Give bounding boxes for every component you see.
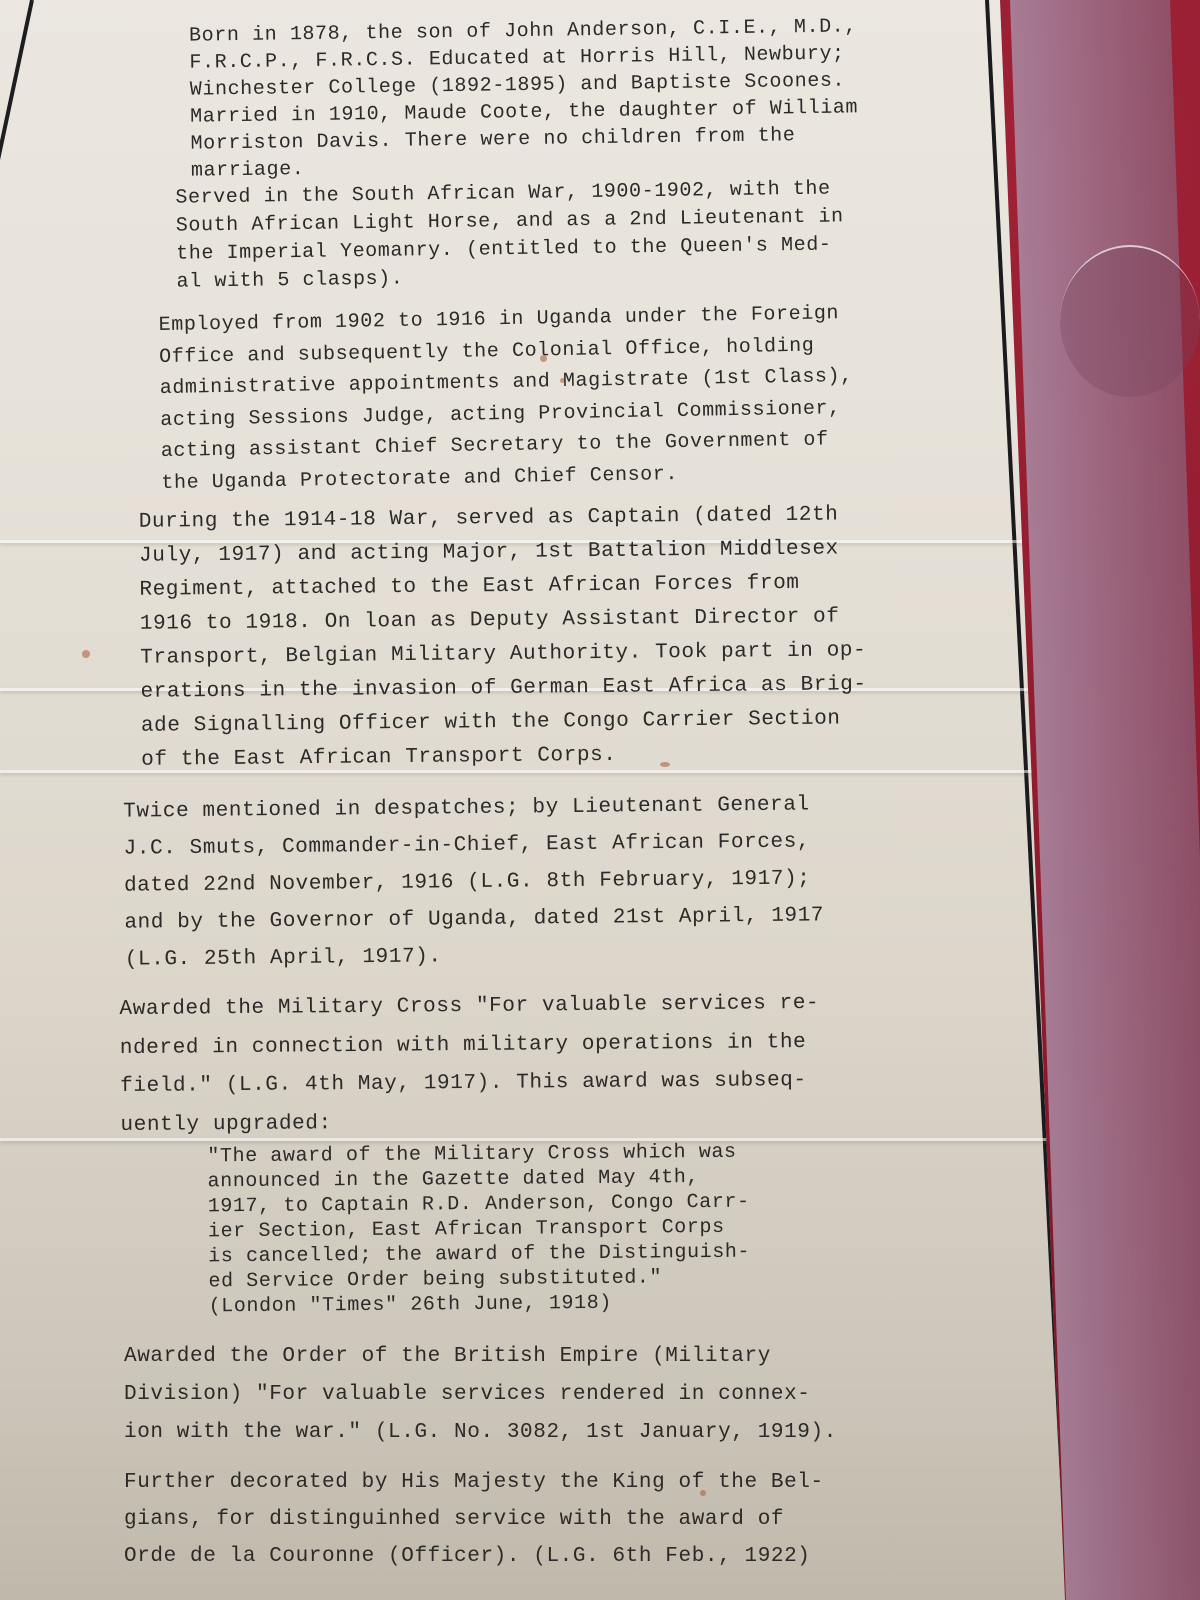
text-line: field." (L.G. 4th May, 1917). This award…: [120, 1062, 820, 1107]
paragraph-south-african-war: Served in the South African War, 1900-19…: [175, 175, 844, 296]
text-line: (L.G. 25th April, 1917).: [125, 934, 825, 978]
text-line: Awarded the Order of the British Empire …: [124, 1338, 837, 1376]
paragraph-military-cross: Awarded the Military Cross "For valuable…: [119, 985, 820, 1145]
paragraph-obe: Awarded the Order of the British Empire …: [124, 1338, 837, 1452]
sleeve-finger-notch: [1060, 245, 1200, 397]
left-border-rule: [0, 0, 34, 245]
text-line: ndered in connection with military opera…: [120, 1023, 820, 1068]
text-line: Further decorated by His Majesty the Kin…: [124, 1464, 824, 1501]
rust-stain: [82, 650, 90, 658]
paragraph-dso-quote: "The award of the Military Cross which w…: [207, 1140, 750, 1320]
text-line: Orde de la Couronne (Officer). (L.G. 6th…: [124, 1538, 824, 1575]
text-line: is cancelled; the award of the Distingui…: [208, 1240, 750, 1270]
paragraph-belgian-decoration: Further decorated by His Majesty the Kin…: [124, 1464, 824, 1575]
text-line: (London "Times" 26th June, 1918): [209, 1290, 751, 1320]
text-line: ion with the war." (L.G. No. 3082, 1st J…: [124, 1414, 837, 1452]
text-line: uently upgraded:: [120, 1100, 820, 1145]
text-line: Awarded the Military Cross "For valuable…: [119, 985, 819, 1030]
text-line: and by the Governor of Uganda, dated 21s…: [124, 897, 824, 941]
paragraph-great-war: During the 1914-18 War, served as Captai…: [139, 498, 868, 778]
text-line: gians, for distinguinhed service with th…: [124, 1501, 824, 1538]
paragraph-uganda-employment: Employed from 1902 to 1916 in Uganda und…: [158, 298, 854, 499]
paragraph-birth-education: Born in 1878, the son of John Anderson, …: [189, 13, 859, 184]
text-line: Division) "For valuable services rendere…: [124, 1376, 837, 1414]
paragraph-despatches: Twice mentioned in despatches; by Lieute…: [123, 786, 825, 978]
